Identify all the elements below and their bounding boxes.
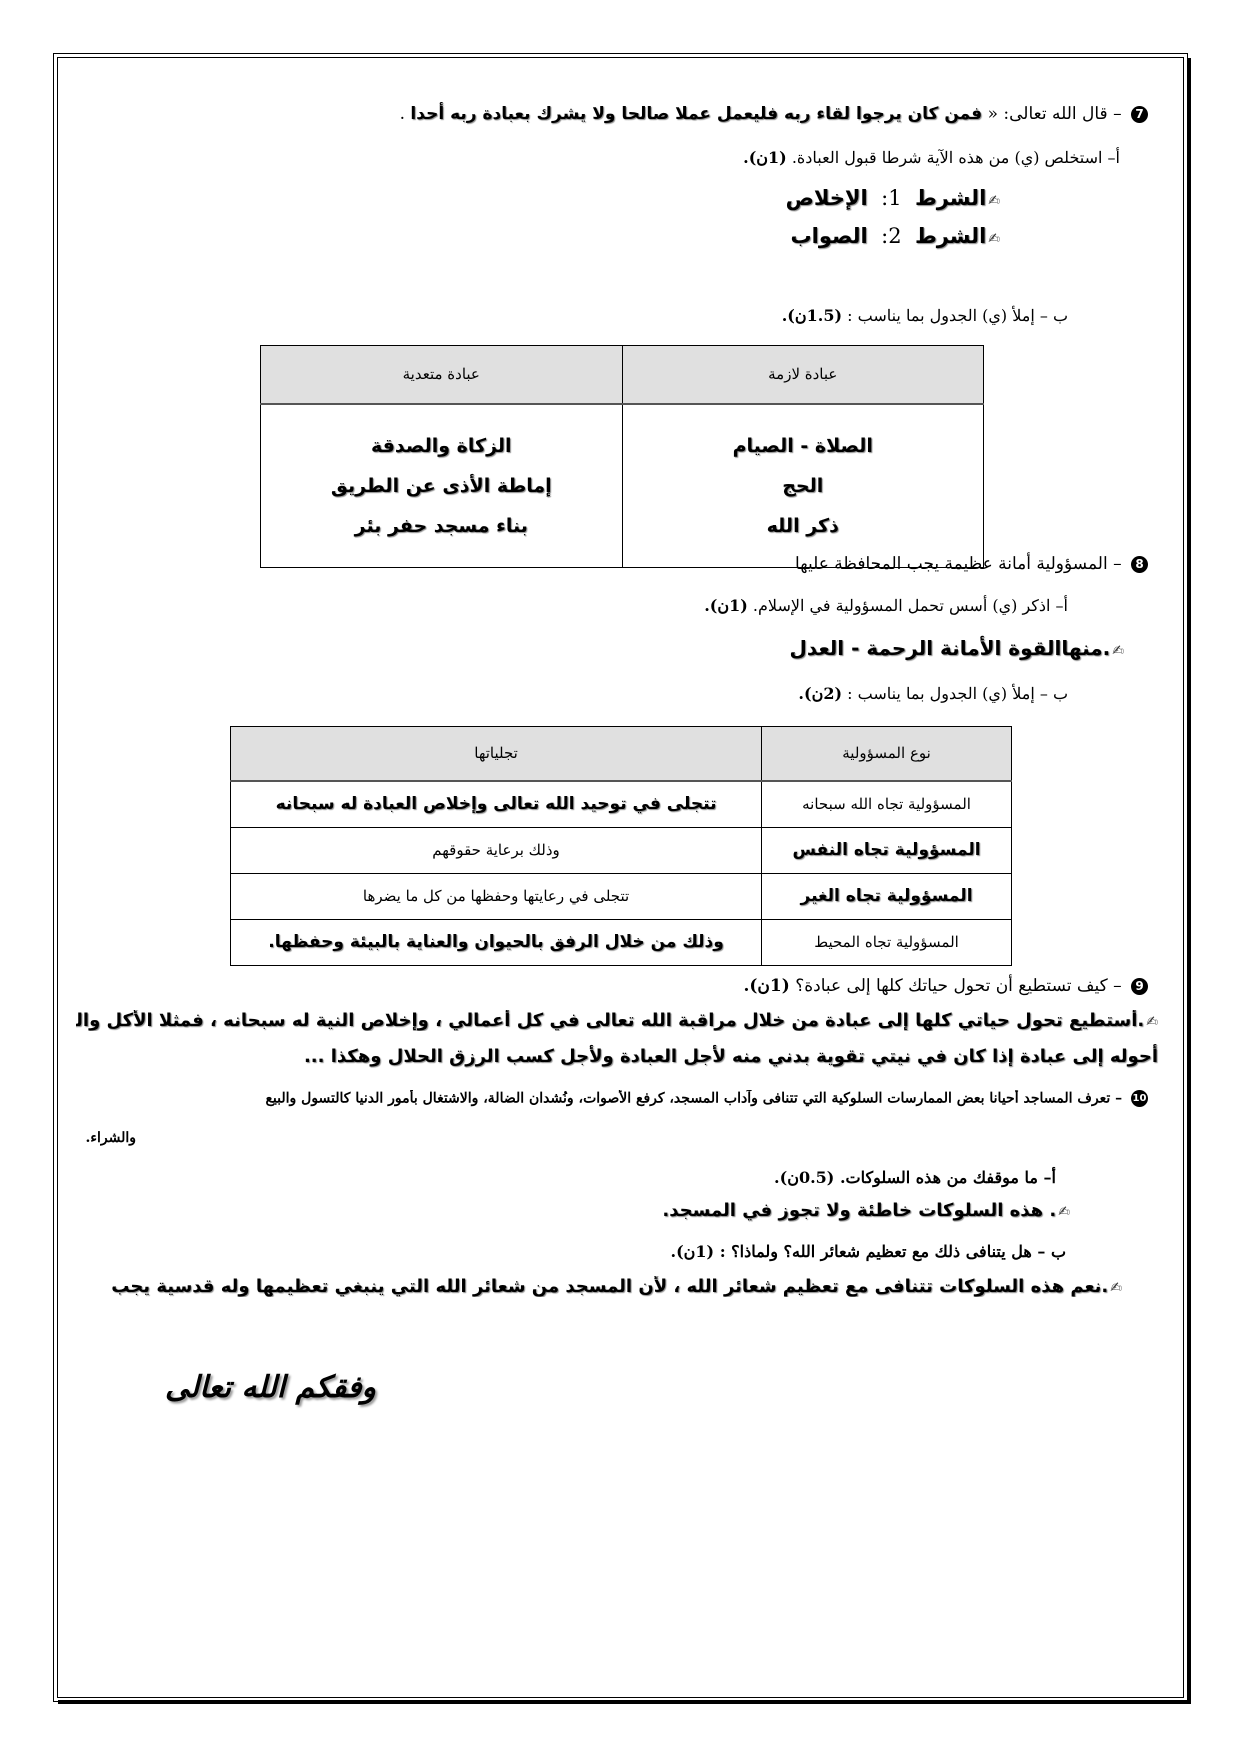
q8a-answer-line: ✍.منهاالقوة الأمانة الرحمة - العدل [790,636,1124,660]
table-header-type: نوع المسؤولية [762,727,1012,781]
q10a-mark: (0.5ن). [774,1168,834,1187]
q8a-prompt: أ– اذكر (ي) أسس تحمل المسؤولية في الإسلا… [753,596,1068,615]
q9-answer-line-2: أحوله إلى عبادة إذا كان في نيتي تقوية بد… [304,1046,1158,1067]
q7b-prompt-line: ب – إملأ (ي) الجدول بما يناسب : (1.5ن). [782,306,1068,325]
q10b-prompt-line: ب – هل يتنافى ذلك مع تعظيم شعائر الله؟ و… [671,1242,1066,1261]
q7b-mark: (1.5ن). [782,306,842,325]
pen-icon: ✍ [1110,1280,1122,1296]
list-item: الزكاة والصدقة [262,426,621,466]
q9-header: 9 – كيف تستطيع أن تحول حياتك كلها إلى عب… [743,976,1148,996]
table-cell-transitive: الزكاة والصدقة إماطة الأذى عن الطريق بنا… [261,404,623,568]
q9-answer-line-1: ✍.أستطيع تحول حياتي كلها إلى عبادة من خل… [76,1010,1158,1031]
q7-verse: فمن كان يرجوا لقاء ربه فليعمل عملا صالحا… [410,104,982,124]
q7a-mark: (1ن). [743,148,787,167]
worship-types-table: عبادة لازمة عبادة متعدية الصلاة - الصيام… [260,345,984,568]
q9-mark: (1ن). [743,976,789,996]
table-row: المسؤولية تجاه النفس وذلك برعاية حقوقهم [231,827,1012,873]
table-cell-manifestation: وذلك من خلال الرفق بالحيوان والعناية بال… [231,919,762,965]
q7a-answer-2-label: الشرط [915,224,986,248]
q8b-prompt-line: ب – إملأ (ي) الجدول بما يناسب : (2ن). [798,684,1068,703]
pen-icon: ✍ [988,231,1000,247]
q10-header: 10 – تعرف المساجد أحيانا بعض الممارسات ا… [86,1090,1148,1107]
pen-icon: ✍ [1112,643,1124,659]
q7-intro: – قال الله تعالى: « [988,104,1122,124]
table-cell-manifestation: تتجلى في توحيد الله تعالى وإخلاص العبادة… [231,781,762,828]
list-item: بناء مسجد حفر بئر [262,506,621,546]
q10-intro-1: – تعرف المساجد أحيانا بعض الممارسات السل… [265,1091,1122,1107]
q10b-answer: .نعم هذه السلوكات تتنافى مع تعظيم شعائر … [110,1276,1108,1297]
q10-intro-2: والشراء. [86,1130,136,1146]
table-cell-type: المسؤولية تجاه النفس [762,827,1012,873]
list-item: ذكر الله [624,506,983,546]
q8-header: 8 – المسؤولية أمانة عظيمة يجب المحافظة ع… [795,554,1148,574]
table-cell-type: المسؤولية تجاه الله سبحانه [762,781,1012,828]
q7b-prompt: ب – إملأ (ي) الجدول بما يناسب : [847,306,1068,325]
q7a-prompt: أ– استخلص (ي) من هذه الآية شرطا قبول الع… [792,148,1120,167]
q8-intro: – المسؤولية أمانة عظيمة يجب المحافظة علي… [795,554,1122,574]
q7a-prompt-line: أ– استخلص (ي) من هذه الآية شرطا قبول الع… [743,148,1120,167]
table-header-transitive: عبادة متعدية [261,346,623,404]
page-border-shadow-bottom [58,1700,1191,1704]
q9-number-badge: 9 [1131,978,1148,995]
q7a-answer-2-value: الصواب [791,224,868,248]
table-cell-intransitive: الصلاة - الصيام الحج ذكر الله [622,404,984,568]
table-cell-manifestation: تتجلى في رعايتها وحفظها من كل ما يضرها [231,873,762,919]
pen-icon: ✍ [1058,1204,1070,1220]
q10a-answer: . هذه السلوكات خاطئة ولا تجوز في المسجد. [662,1200,1056,1221]
table-header-intransitive: عبادة لازمة [622,346,984,404]
q7-end: . [400,104,405,124]
q10a-prompt-line: أ– ما موقفك من هذه السلوكات. (0.5ن). [774,1168,1056,1187]
responsibility-table: نوع المسؤولية تجلياتها المسؤولية تجاه ال… [230,726,1012,966]
q7a-answer-1-value: الإخلاص [786,186,868,210]
q7a-answer-1-num: 1: [881,186,901,210]
q8b-mark: (2ن). [798,684,842,703]
page-border-shadow-right [1187,58,1191,1704]
q9-answer-2: أحوله إلى عبادة إذا كان في نيتي تقوية بد… [304,1046,1158,1067]
q9-prompt: – كيف تستطيع أن تحول حياتك كلها إلى عباد… [795,976,1121,996]
table-row: المسؤولية تجاه الغير تتجلى في رعايتها وح… [231,873,1012,919]
list-item: الصلاة - الصيام [624,426,983,466]
q7a-answer-1-label: الشرط [915,186,986,210]
pen-icon: ✍ [1146,1014,1158,1030]
q8a-mark: (1ن). [704,596,748,615]
q7-number-badge: 7 [1131,106,1148,123]
q8b-prompt: ب – إملأ (ي) الجدول بما يناسب : [847,684,1068,703]
q10b-answer-line: ✍.نعم هذه السلوكات تتنافى مع تعظيم شعائر… [110,1276,1122,1297]
q7a-answer-1: ✍الشرط 1: الإخلاص [786,186,1000,210]
table-header-manifestations: تجلياتها [231,727,762,781]
q8a-answer: .منهاالقوة الأمانة الرحمة - العدل [790,636,1111,660]
list-item: إماطة الأذى عن الطريق [262,466,621,506]
q10-number-badge: 10 [1131,1090,1148,1107]
q7a-answer-2-num: 2: [881,224,901,248]
pen-icon: ✍ [988,193,1000,209]
signature: وفقكم الله تعالى [165,1370,376,1405]
q9-answer-1: .أستطيع تحول حياتي كلها إلى عبادة من خلا… [76,1010,1144,1031]
q8a-prompt-line: أ– اذكر (ي) أسس تحمل المسؤولية في الإسلا… [704,596,1068,615]
q10a-prompt: أ– ما موقفك من هذه السلوكات. [840,1168,1056,1187]
table-row: المسؤولية تجاه الله سبحانه تتجلى في توحي… [231,781,1012,828]
q8-number-badge: 8 [1131,556,1148,573]
table-row: المسؤولية تجاه المحيط وذلك من خلال الرفق… [231,919,1012,965]
table-cell-manifestation: وذلك برعاية حقوقهم [231,827,762,873]
q10a-answer-line: ✍. هذه السلوكات خاطئة ولا تجوز في المسجد… [662,1200,1070,1221]
q10-intro-line-2: والشراء. [86,1130,136,1146]
q10b-prompt: ب – هل يتنافى ذلك مع تعظيم شعائر الله؟ و… [720,1242,1066,1261]
table-cell-type: المسؤولية تجاه المحيط [762,919,1012,965]
table-cell-type: المسؤولية تجاه الغير [762,873,1012,919]
q10b-mark: (1ن). [671,1242,715,1261]
q7a-answer-2: ✍الشرط 2: الصواب [791,224,1000,248]
q7-header: 7 – قال الله تعالى: « فمن كان يرجوا لقاء… [400,104,1148,124]
list-item: الحج [624,466,983,506]
